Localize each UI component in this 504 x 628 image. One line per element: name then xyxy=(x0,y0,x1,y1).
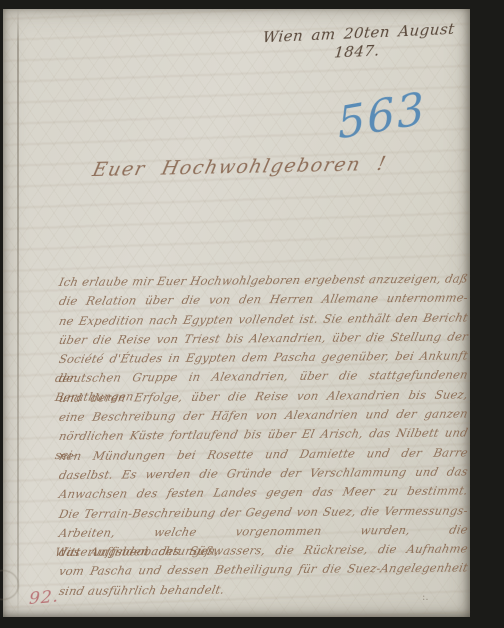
folio-number: 92. xyxy=(29,587,60,610)
letter-body: Ich erlaube mir Euer Hochwohlgeboren erg… xyxy=(59,273,467,601)
body-line: sind ausführlich behandelt. xyxy=(57,578,470,601)
pencil-mark: :. xyxy=(422,592,429,603)
dateline: Wien am 20ten August 1847. xyxy=(247,19,468,65)
letter-page: Wien am 20ten August 1847. 563 Euer Hoch… xyxy=(3,9,470,617)
salutation: Euer Hochwohlgeboren ! xyxy=(90,153,389,181)
archive-number-blue: 563 xyxy=(336,83,428,150)
fold-crease xyxy=(17,9,19,617)
